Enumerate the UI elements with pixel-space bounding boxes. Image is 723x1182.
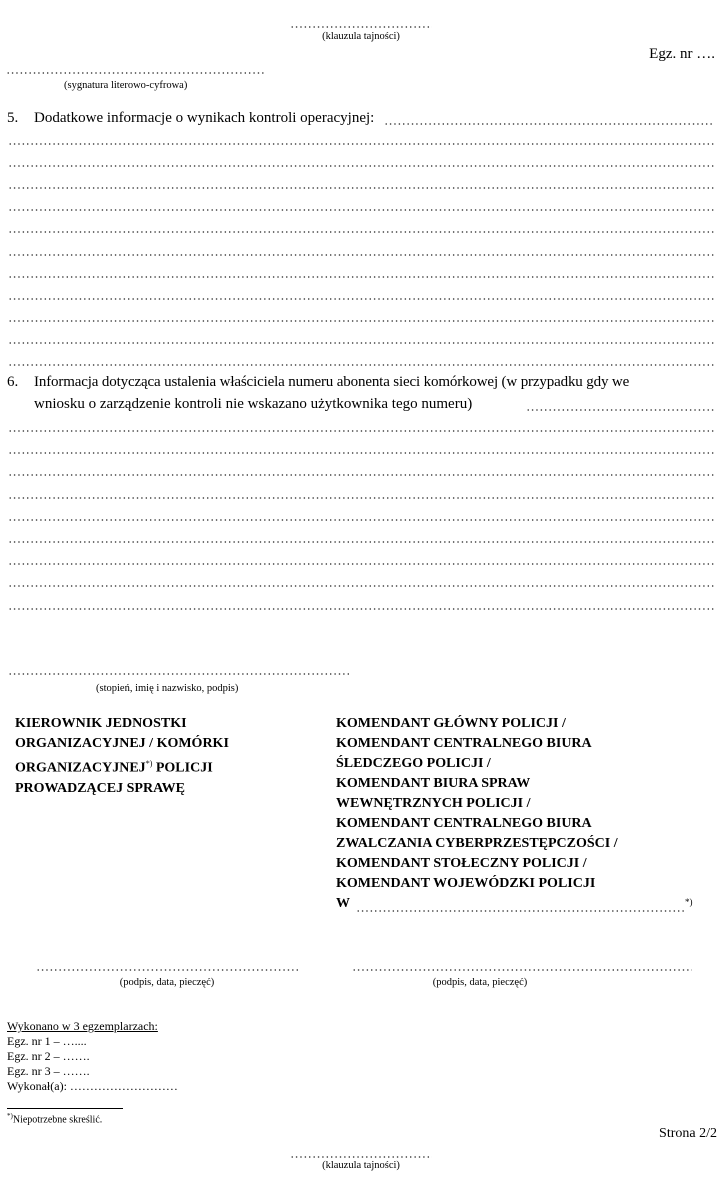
copy-line: Egz. nr 2 – …….	[7, 1049, 178, 1064]
answer-line[interactable]	[8, 143, 714, 145]
right-authority-block: KOMENDANT GŁÓWNY POLICJI / KOMENDANT CEN…	[336, 714, 618, 914]
page-number: Strona 2/2	[659, 1126, 717, 1142]
answer-line[interactable]	[8, 254, 714, 256]
answer-line[interactable]	[8, 541, 714, 543]
item-6-text-line2: wniosku o zarządzenie kontroli nie wskaz…	[34, 396, 472, 413]
answer-line[interactable]	[8, 497, 714, 499]
item-5-number: 5.	[7, 110, 18, 127]
left-signature-blank[interactable]	[36, 969, 298, 971]
right-signature-blank[interactable]	[352, 969, 692, 971]
answer-line[interactable]	[8, 563, 714, 565]
footnote-mark: *)	[146, 759, 153, 768]
right-signature-label: (podpis, data, pieczęć)	[352, 977, 608, 988]
right-authority-line: KOMENDANT BIURA SPRAW	[336, 774, 618, 794]
copies-block: Wykonano w 3 egzemplarzach: Egz. nr 1 – …	[7, 1019, 178, 1094]
location-footnote-mark: *)	[685, 897, 693, 907]
footer-classification-label: (klauzula tajności)	[290, 1160, 432, 1171]
answer-line[interactable]	[8, 320, 714, 322]
left-authority-line: ORGANIZACYJNEJ / KOMÓRKI	[15, 734, 229, 754]
right-authority-line: KOMENDANT GŁÓWNY POLICJI /	[336, 714, 618, 734]
answer-line[interactable]	[8, 276, 714, 278]
executed-by: Wykonał(a): ………………………	[7, 1079, 178, 1094]
answer-line[interactable]	[8, 474, 714, 476]
right-authority-line: WEWNĘTRZNYCH POLICJI /	[336, 794, 618, 814]
right-authority-line: KOMENDANT CENTRALNEGO BIURA	[336, 814, 618, 834]
location-blank[interactable]	[356, 910, 684, 912]
answer-line[interactable]	[8, 209, 714, 211]
right-authority-line: KOMENDANT CENTRALNEGO BIURA	[336, 734, 618, 754]
answer-line[interactable]	[8, 231, 714, 233]
copy-line: Egz. nr 3 – …….	[7, 1064, 178, 1079]
answer-line[interactable]	[8, 298, 714, 300]
answer-line[interactable]	[8, 519, 714, 521]
item-5-text: Dodatkowe informacje o wynikach kontroli…	[34, 110, 374, 127]
copy-number: Egz. nr ….	[649, 46, 715, 63]
left-authority-line: KIEROWNIK JEDNOSTKI	[15, 714, 229, 734]
copies-heading: Wykonano w 3 egzemplarzach:	[7, 1019, 178, 1034]
signature-blank[interactable]	[6, 72, 264, 74]
footnote: *)Niepotrzebne skreślić.	[7, 1112, 102, 1125]
signature-label: (sygnatura literowo-cyfrowa)	[64, 80, 187, 91]
answer-line[interactable]	[8, 585, 714, 587]
left-authority-line: PROWADZĄCEJ SPRAWĘ	[15, 779, 229, 799]
answer-line[interactable]	[8, 364, 714, 366]
right-authority-line: KOMENDANT WOJEWÓDZKI POLICJI	[336, 874, 618, 894]
officer-signature-label: (stopień, imię i nazwisko, podpis)	[96, 683, 238, 694]
footnote-text: Niepotrzebne skreślić.	[13, 1114, 102, 1125]
left-authority-line: ORGANIZACYJNEJ*) POLICJI	[15, 754, 229, 779]
footnote-divider	[7, 1108, 123, 1109]
answer-line[interactable]	[8, 452, 714, 454]
answer-line[interactable]	[8, 342, 714, 344]
item-6-text-line1: Informacja dotycząca ustalenia właścicie…	[34, 374, 629, 391]
right-authority-line: KOMENDANT STOŁECZNY POLICJI /	[336, 854, 618, 874]
right-authority-line: ZWALCZANIA CYBERPRZESTĘPCZOŚCI /	[336, 834, 618, 854]
answer-line[interactable]	[8, 165, 714, 167]
answer-line[interactable]	[8, 430, 714, 432]
classification-label: (klauzula tajności)	[290, 31, 432, 42]
left-authority-block: KIEROWNIK JEDNOSTKI ORGANIZACYJNEJ / KOM…	[15, 714, 229, 799]
right-authority-line: ŚLEDCZEGO POLICJI /	[336, 754, 618, 774]
item-5-inline-blank[interactable]	[384, 123, 714, 125]
classification-blank[interactable]	[290, 26, 432, 28]
item-6-inline-blank[interactable]	[526, 409, 714, 411]
officer-signature-blank[interactable]	[8, 673, 350, 675]
left-signature-label: (podpis, data, pieczęć)	[36, 977, 298, 988]
item-6-number: 6.	[7, 374, 18, 391]
footer-classification-blank[interactable]	[290, 1156, 432, 1158]
copy-line: Egz. nr 1 – …....	[7, 1034, 178, 1049]
answer-line[interactable]	[8, 608, 714, 610]
answer-line[interactable]	[8, 187, 714, 189]
